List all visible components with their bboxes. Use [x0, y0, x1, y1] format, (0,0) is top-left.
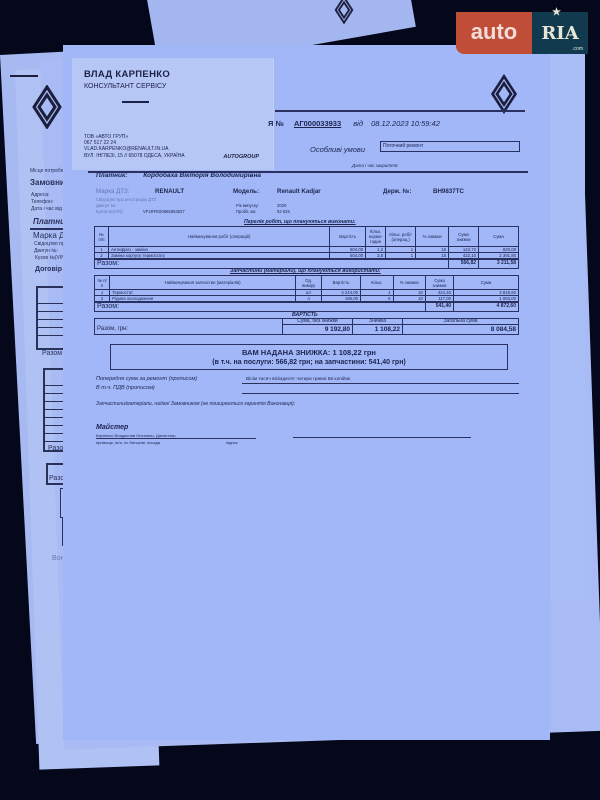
master-underline — [96, 438, 256, 439]
mileage-label: Пробіг, км: — [236, 209, 256, 214]
column-header: Кільк. — [361, 276, 393, 290]
parts-header-row: № п/п Найменування запчастин (матеріалів… — [95, 276, 519, 290]
parts-total-row: Разом: 541,40 4 872,60 — [95, 302, 519, 311]
discount-line-2: (в т.ч. на послуги: 566,82 грн; на запча… — [111, 359, 507, 366]
closed-label: Дата і час закриття: — [352, 163, 398, 168]
column-header: Кільк. нормо-годин — [366, 227, 386, 247]
column-header: № п/п — [95, 227, 109, 247]
column-header: Вартість — [322, 276, 361, 290]
card-address: ВУЛ. ІНГЛЕЗІ, 15 // 65078 ОДЕСА, УКРАЇНА — [84, 153, 185, 159]
column-header: Сума знижки — [449, 227, 479, 247]
works-table: № п/п Найменування робіт (операцій) Варт… — [94, 226, 519, 269]
works-header-row: № п/п Найменування робіт (операцій) Варт… — [95, 227, 519, 247]
mileage-value: 92 625 — [277, 209, 290, 214]
document-datetime: 08.12.2023 10:59:42 — [371, 119, 440, 128]
watermark-auto: auto — [456, 12, 532, 54]
cost-table: Сума, без знижки Знижка Загальна сума Ра… — [94, 318, 519, 335]
document-number-line: Я № АГ000033933 від 08.12.2023 10:59:42 — [268, 119, 440, 128]
plate-value: ВН9837ТС — [433, 188, 464, 195]
plate-label: Держ. №: — [383, 188, 411, 195]
year-label: Рік випуску: — [236, 203, 259, 208]
master-caption: прізвище, ім'я, по батькові, посада — [96, 440, 160, 445]
back-label: Разом — [42, 350, 62, 357]
registration-label: Свідоцтво про реєстрацію ДТЗ — [96, 197, 156, 202]
vin-label: Кузов №(VIN): — [96, 209, 124, 214]
signature-underline — [293, 437, 471, 438]
column-header: Кільк. робіт (операц.) — [386, 227, 416, 247]
column-header: % знижки — [416, 227, 449, 247]
model-label: Модель: — [233, 188, 259, 195]
sum-words-label: Попередня сума за ремонт (прописом) — [96, 376, 197, 382]
header-rule — [275, 110, 525, 112]
payer-label: Платник: — [96, 172, 127, 179]
payer-value: Кордобаха Вікторія Володимирівна — [143, 172, 261, 179]
column-header: Найменування робіт (операцій) — [108, 227, 329, 247]
master-label: Майстер — [96, 424, 128, 431]
star-icon: ★ — [552, 8, 561, 18]
sum-words-underline — [242, 383, 519, 384]
column-header: № п/п — [95, 276, 110, 290]
column-header: Сума — [479, 227, 519, 247]
engine-label: Двигун №: — [96, 203, 116, 208]
discount-box: ВАМ НАДАНА ЗНИЖКА: 1 108,22 грн (в т.ч. … — [110, 344, 508, 370]
column-header: % знижки — [393, 276, 425, 290]
card-divider — [122, 101, 149, 103]
client-parts-label: Запчастини/матеріали, надані Замовником … — [96, 401, 295, 407]
back-label: Кузов №(VIN) — [35, 255, 67, 261]
watermark-ria: ★ RIA .com — [532, 12, 588, 54]
back-label: Телефон: — [31, 199, 53, 205]
renault-logo-icon — [489, 74, 519, 114]
payer-line: Платник: Кордобаха Вікторія Володимирівн… — [96, 172, 261, 179]
autoria-watermark: auto ★ RIA .com — [456, 12, 588, 54]
parts-table: № п/п Найменування запчастин (матеріалів… — [94, 275, 519, 312]
card-contacts: ТОВ «АВТО ГРУП» 067 517 22 24 VLAD.KARPE… — [84, 134, 185, 159]
column-header: Найменування запчастин (матеріалів) — [110, 276, 296, 290]
from-label: від — [353, 119, 363, 128]
works-title: Перелік робіт, що плануються виконати: — [244, 219, 356, 225]
discount-line-1: ВАМ НАДАНА ЗНИЖКА: 1 108,22 грн — [111, 348, 507, 357]
renault-logo-icon — [30, 85, 64, 129]
vin-value: VF1RFE00865553537 — [143, 209, 185, 214]
column-header: Од. виміру — [296, 276, 322, 290]
make-label: Марка ДТЗ: — [96, 188, 129, 195]
back-label: Договір — [35, 266, 62, 273]
back-divider — [10, 75, 38, 77]
sum-words-value: Вісім тисяч вісімдесят чотири гривні 58 … — [246, 377, 350, 382]
card-brand-logo: AUTOGROUP — [223, 154, 259, 160]
vat-underline — [242, 393, 519, 394]
conditions-label: Особливі умови — [310, 145, 365, 154]
model-value: Renault Kadjar — [277, 188, 321, 195]
make-value: RENAULT — [155, 188, 184, 195]
works-total-row: Разом: 566,82 3 211,58 — [95, 259, 519, 268]
number-label: Я № — [268, 119, 284, 128]
column-header: Вартість — [330, 227, 366, 247]
column-header: Сума знижки — [425, 276, 453, 290]
document-number: АГ000033933 — [294, 119, 341, 128]
parts-title: Запчастини (матеріали), що плануються ви… — [230, 268, 381, 274]
business-card: ВЛАД КАРПЕНКО КОНСУЛЬТАНТ СЕРВІСУ ТОВ «А… — [72, 58, 274, 170]
card-name: ВЛАД КАРПЕНКО — [84, 69, 170, 80]
back-label: Адреса: — [31, 192, 49, 198]
back-label: Двигун №: — [34, 248, 58, 254]
vat-label: В т.ч. ПДВ (прописом) — [96, 385, 155, 391]
back-label: Дата і час від — [31, 206, 62, 212]
signature-caption: підпис — [226, 440, 238, 445]
conditions-value: Поточний ремонт — [380, 141, 520, 152]
photo-scene: Місце потребення Замовник Адреса: Телефо… — [0, 0, 600, 800]
column-header: Сума — [454, 276, 519, 290]
renault-logo-icon — [330, 0, 358, 24]
card-role: КОНСУЛЬТАНТ СЕРВІСУ — [84, 83, 166, 90]
cost-total-row: Разом, грн: 9 192,80 1 108,22 8 084,58 — [95, 325, 519, 335]
year-value: 2020 — [277, 203, 286, 208]
